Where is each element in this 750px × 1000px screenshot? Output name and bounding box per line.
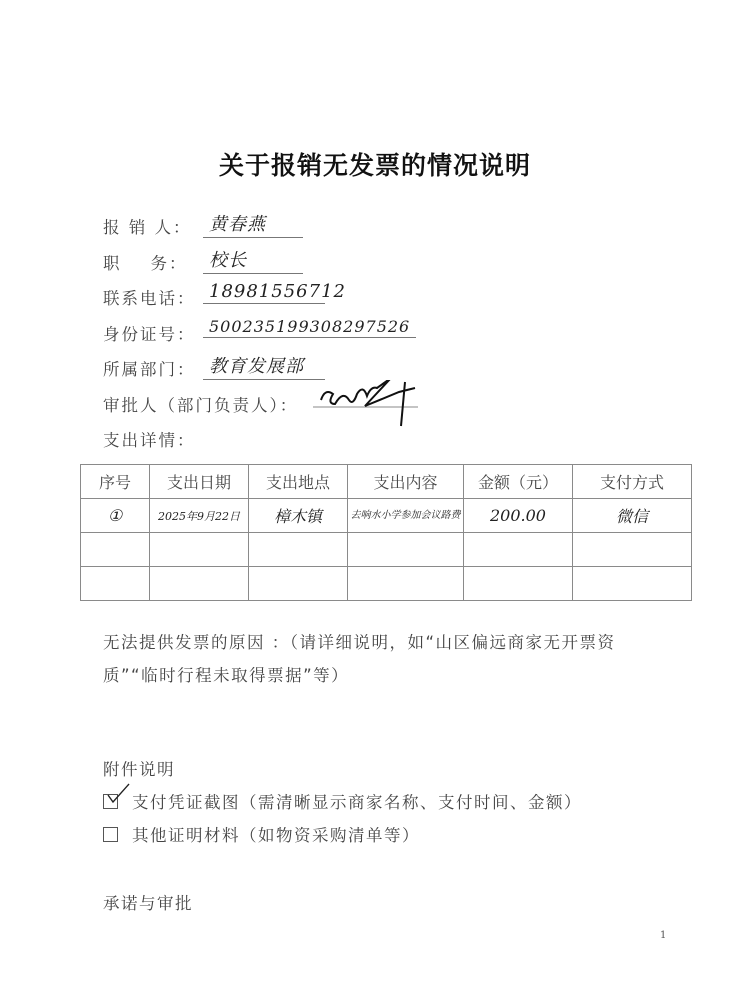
col-header-location: 支出地点 <box>249 465 348 499</box>
claimant-value[interactable]: 黄春燕 <box>203 210 303 238</box>
cell-location[interactable] <box>249 533 348 567</box>
table-header-row: 序号 支出日期 支出地点 支出内容 金额（元） 支付方式 <box>81 465 692 499</box>
cell-amount[interactable]: 200.00 <box>464 499 573 533</box>
col-header-index: 序号 <box>81 465 150 499</box>
cell-amount[interactable] <box>464 567 573 601</box>
table-row: ① 2025年9月22日 樟木镇 去响水小学参加会议路费 200.00 微信 <box>81 499 692 533</box>
expense-details-label: 支出详情： <box>103 427 196 451</box>
approver-label: 审批人（部门负责人）： <box>103 392 298 416</box>
cell-payment[interactable] <box>573 533 692 567</box>
expense-table: 序号 支出日期 支出地点 支出内容 金额（元） 支付方式 ① 2025年9月22… <box>80 464 692 601</box>
field-id-number: 身份证号： 500235199308297526 <box>103 321 196 345</box>
cell-date[interactable] <box>150 567 249 601</box>
position-label: 职 务： <box>103 250 187 274</box>
attachments-heading: 附件说明 <box>103 756 175 780</box>
checkbox-checked[interactable] <box>103 794 118 809</box>
cell-payment[interactable]: 微信 <box>573 499 692 533</box>
cell-date[interactable]: 2025年9月22日 <box>150 499 249 533</box>
cell-index[interactable]: ① <box>81 499 150 533</box>
reason-line-2: 质”“临时行程未取得票据”等） <box>103 659 683 692</box>
col-header-content: 支出内容 <box>348 465 464 499</box>
claimant-label: 报 销 人： <box>103 214 192 238</box>
approver-signature <box>313 380 433 432</box>
table-row <box>81 533 692 567</box>
cell-payment[interactable] <box>573 567 692 601</box>
attachment-label: 其他证明材料（如物资采购清单等） <box>132 826 420 845</box>
attachment-item-payment-screenshot[interactable]: 支付凭证截图（需清晰显示商家名称、支付时间、金额） <box>103 789 582 813</box>
col-header-date: 支出日期 <box>150 465 249 499</box>
field-phone: 联系电话： 18981556712 <box>103 285 196 309</box>
cell-location[interactable] <box>249 567 348 601</box>
document-title: 关于报销无发票的情况说明 <box>0 146 750 182</box>
cell-content[interactable] <box>348 567 464 601</box>
phone-value[interactable]: 18981556712 <box>203 281 325 304</box>
phone-label: 联系电话： <box>103 285 196 309</box>
department-value[interactable]: 教育发展部 <box>203 352 325 380</box>
table-row <box>81 567 692 601</box>
col-header-amount: 金额（元） <box>464 465 573 499</box>
cell-content[interactable]: 去响水小学参加会议路费 <box>348 499 464 533</box>
commitment-heading: 承诺与审批 <box>103 890 193 914</box>
col-header-payment: 支付方式 <box>573 465 692 499</box>
department-label: 所属部门： <box>103 356 196 380</box>
attachment-item-other-materials[interactable]: 其他证明材料（如物资采购清单等） <box>103 822 420 846</box>
page-number: 1 <box>660 930 666 941</box>
cell-index[interactable] <box>81 533 150 567</box>
position-value[interactable]: 校长 <box>203 246 303 274</box>
id-number-value[interactable]: 500235199308297526 <box>203 317 416 338</box>
reason-line-1: 无法提供发票的原因 ：（请详细说明，如“山区偏远商家无开票资 <box>103 626 683 659</box>
field-position: 职 务： 校长 <box>103 250 187 274</box>
cell-location[interactable]: 樟木镇 <box>249 499 348 533</box>
reason-text: 无法提供发票的原因 ：（请详细说明，如“山区偏远商家无开票资 质”“临时行程未取… <box>103 626 683 692</box>
field-approver: 审批人（部门负责人）： <box>103 392 298 416</box>
attachment-label: 支付凭证截图（需清晰显示商家名称、支付时间、金额） <box>132 793 582 812</box>
checkbox-unchecked[interactable] <box>103 827 118 842</box>
field-department: 所属部门： 教育发展部 <box>103 356 196 380</box>
field-claimant: 报 销 人： 黄春燕 <box>103 214 192 238</box>
cell-amount[interactable] <box>464 533 573 567</box>
id-number-label: 身份证号： <box>103 321 196 345</box>
cell-date[interactable] <box>150 533 249 567</box>
checkmark-icon <box>107 783 131 807</box>
cell-index[interactable] <box>81 567 150 601</box>
cell-content[interactable] <box>348 533 464 567</box>
